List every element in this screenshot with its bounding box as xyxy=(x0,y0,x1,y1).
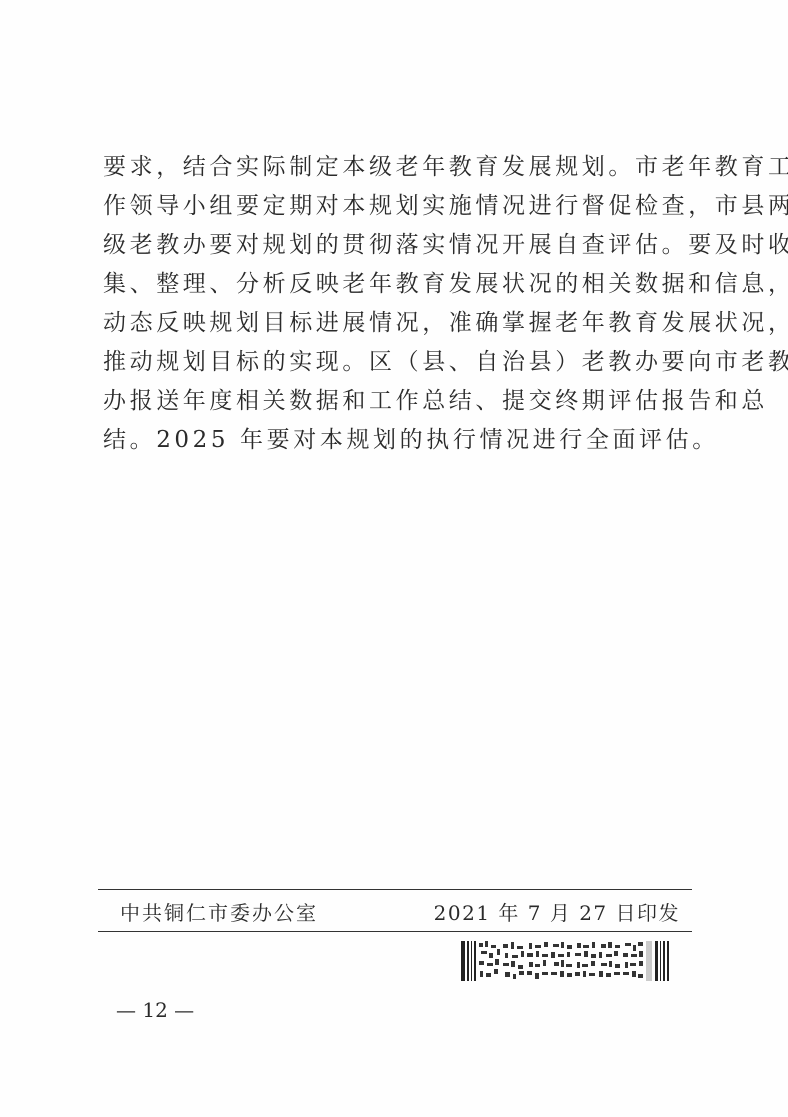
text-line: 集、整理、分析反映老年教育发展状况的相关数据和信息， xyxy=(103,265,693,304)
text-line: 推动规划目标的实现。区（县、自治县）老教办要向市老教 xyxy=(103,343,693,382)
footer-top-rule xyxy=(98,889,692,890)
footer-bottom-rule xyxy=(98,931,692,932)
text-line: 级老教办要对规划的贯彻落实情况开展自查评估。要及时收 xyxy=(103,226,693,265)
issuer-label: 中共铜仁市委办公室 xyxy=(120,897,318,926)
text-line: 办报送年度相关数据和工作总结、提交终期评估报告和总 xyxy=(103,382,693,421)
barcode-icon xyxy=(461,941,669,981)
document-page: 要求，结合实际制定本级老年教育发展规划。市老年教育工 作领导小组要定期对本规划实… xyxy=(0,0,788,1117)
text-line: 作领导小组要定期对本规划实施情况进行督促检查，市县两 xyxy=(103,187,693,226)
print-date: 2021 年 7 月 27 日印发 xyxy=(434,897,680,926)
text-line: 结。2025 年要对本规划的执行情况进行全面评估。 xyxy=(103,421,693,460)
text-line: 动态反映规划目标进展情况，准确掌握老年教育发展状况， xyxy=(103,304,693,343)
page-number: — 12 — xyxy=(116,998,194,1022)
text-line: 要求，结合实际制定本级老年教育发展规划。市老年教育工 xyxy=(103,148,693,187)
body-paragraph: 要求，结合实际制定本级老年教育发展规划。市老年教育工 作领导小组要定期对本规划实… xyxy=(103,148,693,460)
